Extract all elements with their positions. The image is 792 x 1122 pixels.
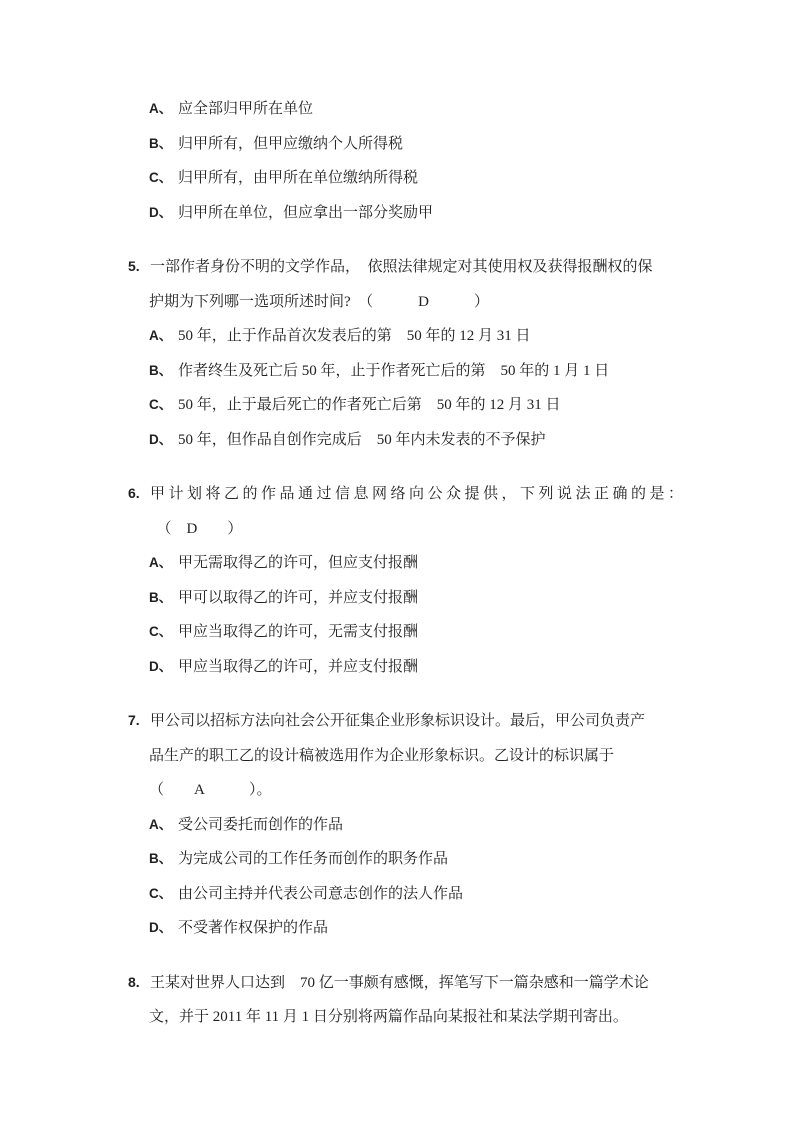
option-text: 甲应当取得乙的许可，并应支付报酬 bbox=[178, 659, 418, 675]
option-letter: C、 bbox=[149, 388, 178, 423]
option-row: C、由公司主持并代表公司意志创作的法人作品 bbox=[149, 877, 688, 912]
option-row: B、为完成公司的工作任务而创作的职务作品 bbox=[149, 842, 688, 877]
option-letter: B、 bbox=[149, 127, 178, 162]
option-row: D、50 年，但作品自创作完成后 50 年内未发表的不予保护 bbox=[149, 423, 688, 458]
option-text: 甲可以取得乙的许可，并应支付报酬 bbox=[178, 590, 418, 606]
document-content: A、应全部归甲所在单位 B、归甲所有，但甲应缴纳个人所得税 C、归甲所有，由甲所… bbox=[128, 92, 688, 1035]
question-number: 8. bbox=[128, 965, 150, 1000]
option-letter: C、 bbox=[149, 877, 178, 912]
question-answer-line: （ D ） bbox=[149, 512, 688, 547]
option-row: B、作者终生及死亡后 50 年，止于作者死亡后的第 50 年的 1 月 1 日 bbox=[149, 354, 688, 389]
option-letter: C、 bbox=[149, 161, 178, 196]
option-letter: A、 bbox=[149, 808, 178, 843]
option-letter: D、 bbox=[149, 423, 178, 458]
option-row: C、甲应当取得乙的许可，无需支付报酬 bbox=[149, 615, 688, 650]
option-text: 甲无需取得乙的许可，但应支付报酬 bbox=[178, 555, 418, 571]
question-stem-text: 甲公司以招标方法向社会公开征集企业形象标识设计。最后，甲公司负责产 bbox=[150, 713, 645, 729]
option-row: D、甲应当取得乙的许可，并应支付报酬 bbox=[149, 650, 688, 685]
option-text: 50 年，止于作品首次发表后的第 50 年的 12 月 31 日 bbox=[178, 328, 531, 344]
option-text: 受公司委托而创作的作品 bbox=[178, 817, 343, 833]
question-block-5: 5.一部作者身份不明的文学作品， 依照法律规定对其使用权及获得报酬权的保 护期为… bbox=[128, 249, 688, 457]
question-stem-line: 护期为下列哪一选项所述时间? （ D ） bbox=[149, 285, 688, 320]
option-row: A、受公司委托而创作的作品 bbox=[149, 808, 688, 843]
standalone-options-block: A、应全部归甲所在单位 B、归甲所有，但甲应缴纳个人所得税 C、归甲所有，由甲所… bbox=[128, 92, 688, 230]
question-number: 5. bbox=[128, 249, 150, 284]
option-text: 归甲所有，由甲所在单位缴纳所得税 bbox=[178, 170, 418, 186]
option-letter: D、 bbox=[149, 196, 178, 231]
option-text: 为完成公司的工作任务而创作的职务作品 bbox=[178, 851, 448, 867]
question-stem-line: 8.王某对世界人口达到 70 亿一事颇有感慨，挥笔写下一篇杂感和一篇学术论 bbox=[128, 965, 688, 1001]
question-answer-line: （ A ）。 bbox=[149, 773, 688, 808]
option-row: B、甲可以取得乙的许可，并应支付报酬 bbox=[149, 581, 688, 616]
question-block-8: 8.王某对世界人口达到 70 亿一事颇有感慨，挥笔写下一篇杂感和一篇学术论 文，… bbox=[128, 965, 688, 1035]
question-stem-line: 7.甲公司以招标方法向社会公开征集企业形象标识设计。最后，甲公司负责产 bbox=[128, 703, 688, 739]
option-letter: D、 bbox=[149, 911, 178, 946]
question-stem-line: 6.甲计划将乙的作品通过信息网络向公众提供，下列说法正确的是： bbox=[128, 476, 688, 512]
option-text: 不受著作权保护的作品 bbox=[178, 920, 328, 936]
option-letter: A、 bbox=[149, 319, 178, 354]
option-letter: B、 bbox=[149, 842, 178, 877]
option-text: 50 年，但作品自创作完成后 50 年内未发表的不予保护 bbox=[178, 432, 546, 448]
document-page: A、应全部归甲所在单位 B、归甲所有，但甲应缴纳个人所得税 C、归甲所有，由甲所… bbox=[0, 0, 792, 1122]
option-text: 应全部归甲所在单位 bbox=[178, 101, 313, 117]
option-letter: C、 bbox=[149, 615, 178, 650]
option-letter: B、 bbox=[149, 581, 178, 616]
option-letter: A、 bbox=[149, 546, 178, 581]
option-row: B、归甲所有，但甲应缴纳个人所得税 bbox=[149, 127, 688, 162]
question-number: 7. bbox=[128, 703, 150, 738]
option-row: D、不受著作权保护的作品 bbox=[149, 911, 688, 946]
option-text: 由公司主持并代表公司意志创作的法人作品 bbox=[178, 886, 463, 902]
option-row: C、50 年，止于最后死亡的作者死亡后第 50 年的 12 月 31 日 bbox=[149, 388, 688, 423]
option-text: 甲应当取得乙的许可，无需支付报酬 bbox=[178, 624, 418, 640]
option-letter: A、 bbox=[149, 92, 178, 127]
option-text: 归甲所在单位，但应拿出一部分奖励甲 bbox=[178, 205, 433, 221]
question-block-7: 7.甲公司以招标方法向社会公开征集企业形象标识设计。最后，甲公司负责产 品生产的… bbox=[128, 703, 688, 946]
question-stem-text: 甲计划将乙的作品通过信息网络向公众提供，下列说法正确的是： bbox=[150, 486, 687, 502]
option-row: C、归甲所有，由甲所在单位缴纳所得税 bbox=[149, 161, 688, 196]
question-stem-line: 文，并于 2011 年 11 月 1 日分别将两篇作品向某报社和某法学期刊寄出。 bbox=[149, 1000, 688, 1035]
option-row: A、甲无需取得乙的许可，但应支付报酬 bbox=[149, 546, 688, 581]
question-stem-line: 品生产的职工乙的设计稿被选用作为企业形象标识。乙设计的标识属于 bbox=[149, 739, 688, 774]
option-letter: D、 bbox=[149, 650, 178, 685]
option-row: D、归甲所在单位，但应拿出一部分奖励甲 bbox=[149, 196, 688, 231]
option-row: A、50 年，止于作品首次发表后的第 50 年的 12 月 31 日 bbox=[149, 319, 688, 354]
question-stem-text: 王某对世界人口达到 70 亿一事颇有感慨，挥笔写下一篇杂感和一篇学术论 bbox=[150, 975, 649, 991]
option-text: 50 年，止于最后死亡的作者死亡后第 50 年的 12 月 31 日 bbox=[178, 397, 561, 413]
question-number: 6. bbox=[128, 476, 150, 511]
option-row: A、应全部归甲所在单位 bbox=[149, 92, 688, 127]
option-text: 归甲所有，但甲应缴纳个人所得税 bbox=[178, 136, 403, 152]
question-stem-line: 5.一部作者身份不明的文学作品， 依照法律规定对其使用权及获得报酬权的保 bbox=[128, 249, 688, 285]
question-stem-text: 一部作者身份不明的文学作品， 依照法律规定对其使用权及获得报酬权的保 bbox=[150, 259, 653, 275]
option-letter: B、 bbox=[149, 354, 178, 389]
question-block-6: 6.甲计划将乙的作品通过信息网络向公众提供，下列说法正确的是： （ D ） A、… bbox=[128, 476, 688, 684]
option-text: 作者终生及死亡后 50 年，止于作者死亡后的第 50 年的 1 月 1 日 bbox=[178, 363, 609, 379]
